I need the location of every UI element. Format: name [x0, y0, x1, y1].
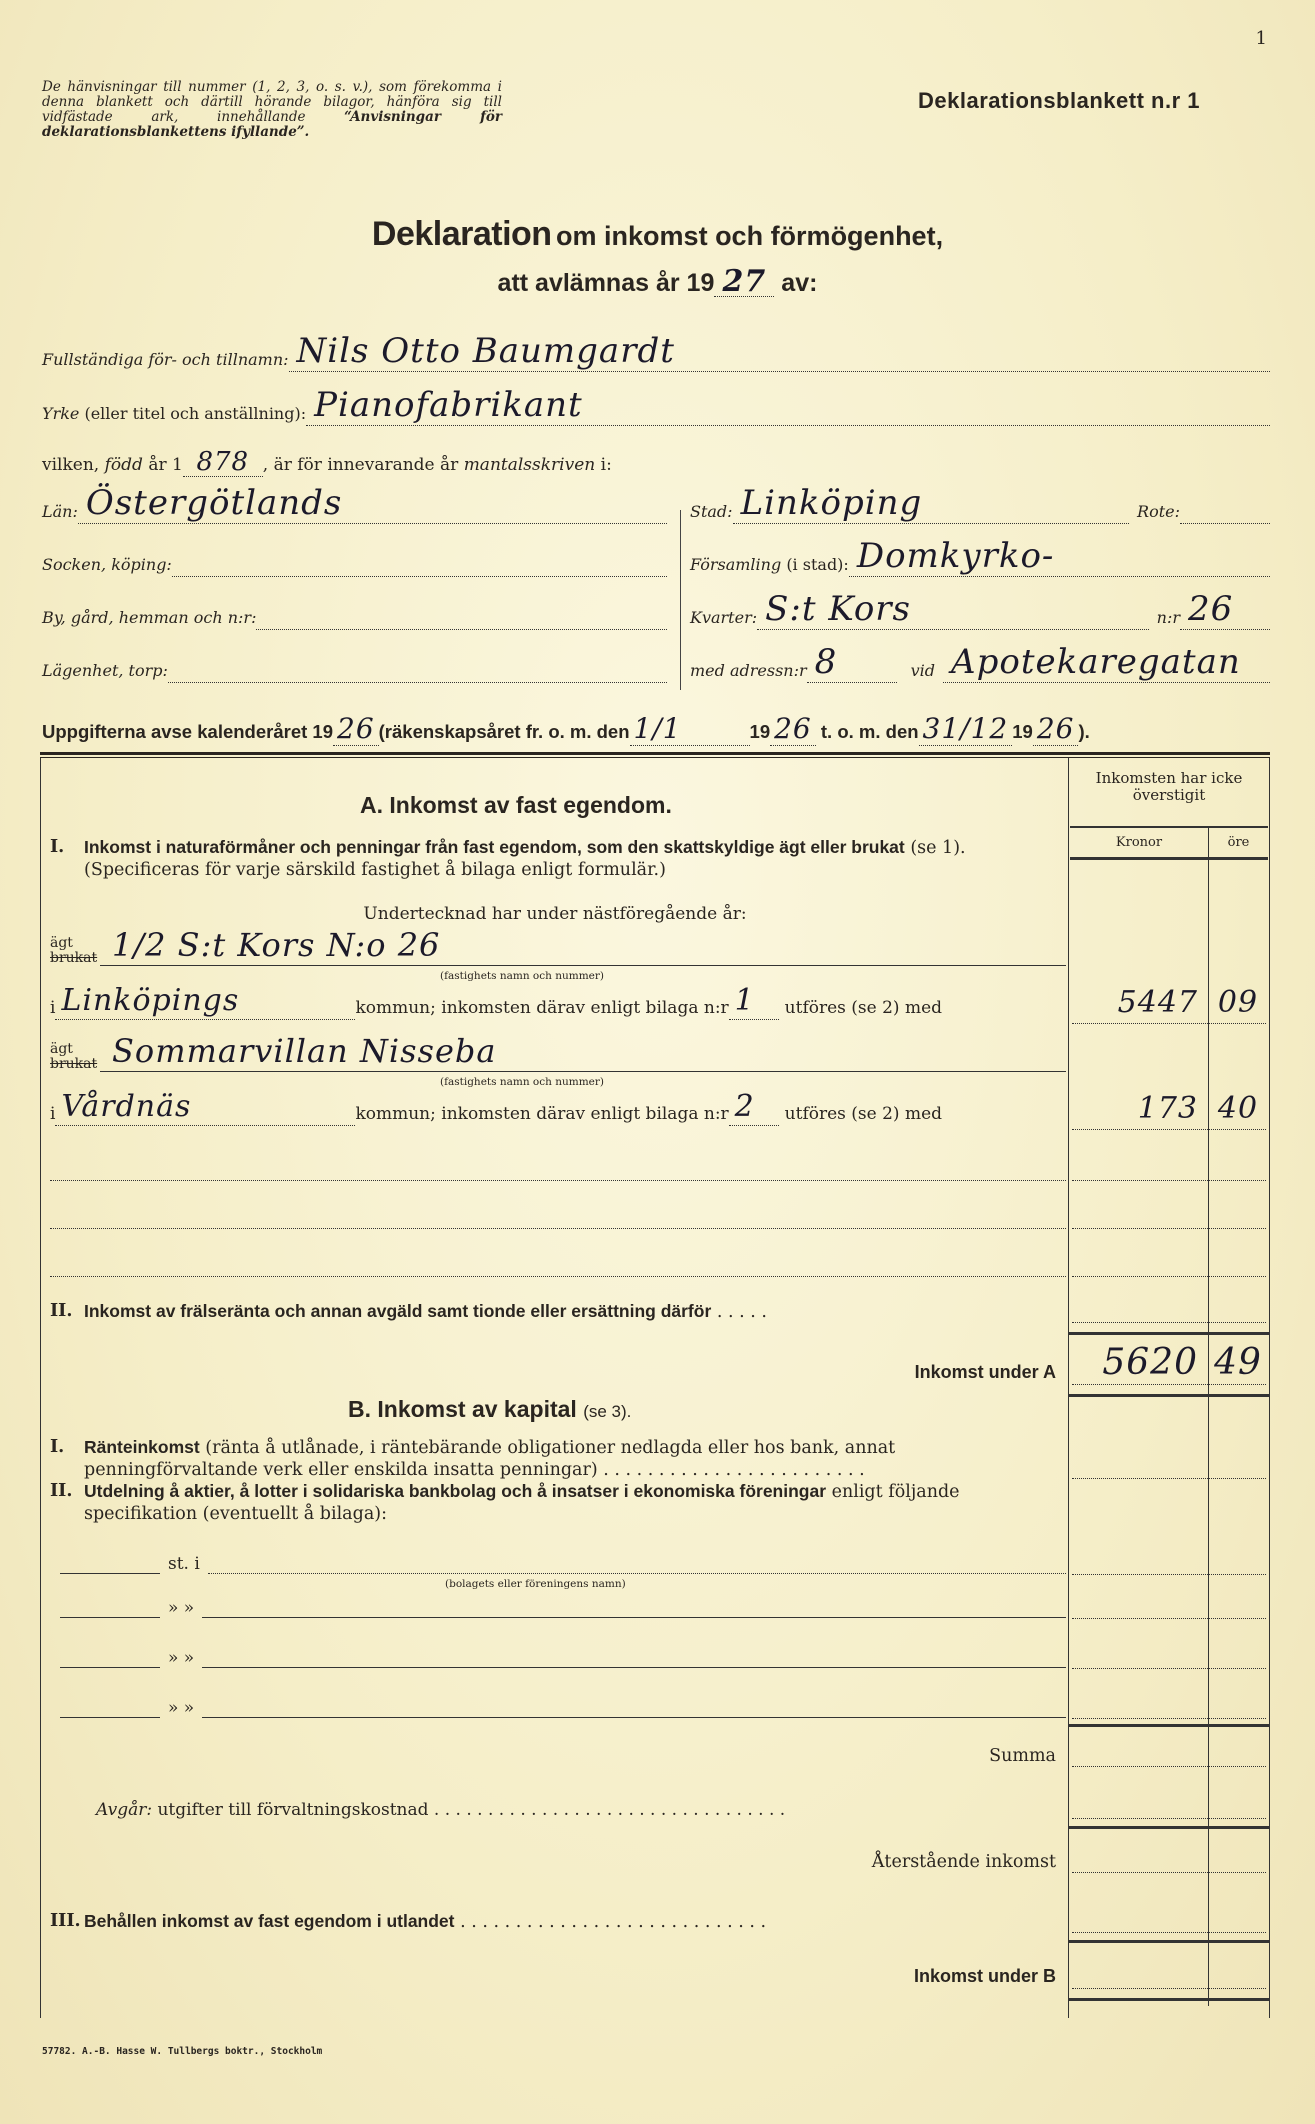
form-number: Deklarationsblankett n.r 1 [918, 88, 1200, 114]
ore-value[interactable]: 09 [1208, 986, 1268, 1020]
inkomst-under-a-amount: 5620 49 [1070, 1346, 1268, 1380]
company-name-field[interactable] [208, 1552, 1066, 1574]
empty-row-line[interactable] [50, 1276, 1066, 1277]
property-amount: 5447 09 [1070, 986, 1268, 1020]
period-to-field[interactable]: 31/12 [919, 712, 1013, 746]
period-to-year-field[interactable]: 26 [1033, 712, 1079, 746]
title-rest: om inkomst och förmögenhet, [556, 221, 943, 251]
kronor-value[interactable]: 5447 [1070, 986, 1208, 1020]
summa-field[interactable] [1072, 1766, 1266, 1767]
undertecknad-text: Undertecknad har under nästföregående år… [50, 904, 1060, 924]
section-b-item-1: I. Ränteinkomst (ränta å utlånade, i rän… [50, 1436, 1060, 1481]
section-a-item-2: II. Inkomst av frälseränta och annan avg… [50, 1300, 1060, 1323]
inkomst-under-a-label: Inkomst under A [700, 1362, 1056, 1383]
dividend-row: » » [60, 1596, 1066, 1618]
period-from-year-field[interactable]: 26 [770, 712, 816, 746]
total-a-ore[interactable]: 49 [1208, 1346, 1268, 1380]
forsamling-field[interactable]: Domkyrko- [849, 543, 1270, 577]
name-field[interactable]: Nils Otto Baumgardt [289, 338, 1270, 372]
empty-row-line[interactable] [50, 1180, 1066, 1181]
period-line: Uppgifterna avse kalenderåret 1926(räken… [42, 712, 1090, 746]
property-row: ägtbrukat Sommarvillan Nisseba [50, 1036, 1066, 1072]
dividend-row: st. i [60, 1552, 1066, 1574]
lan-field[interactable]: Östergötlands [78, 490, 667, 524]
lagenhet-row: Lägenhet, torp: [42, 649, 667, 683]
subtitle-suffix: av: [781, 269, 817, 297]
kommun-row: i Vårdnäs kommun; inkomsten därav enligt… [50, 1096, 1060, 1126]
occupation-label: Yrke (eller titel och anställning): [42, 404, 306, 426]
rote-field[interactable] [1180, 490, 1270, 524]
stad-field[interactable]: Linköping [733, 490, 1129, 524]
kommun-row: i Linköpings kommun; inkomsten därav enl… [50, 990, 1060, 1020]
submission-year-field[interactable]: 27 [714, 268, 774, 297]
dividend-row: » » [60, 1696, 1066, 1718]
kvarter-number-field[interactable]: 26 [1180, 596, 1270, 630]
share-count-field[interactable] [60, 1696, 160, 1718]
amount-column-header: Inkomsten har icke överstigit [1070, 770, 1268, 804]
name-row: Fullständiga för- och tillnamn: Nils Ott… [42, 338, 1270, 372]
amount-column-border [1068, 758, 1069, 2018]
page-title: Deklaration om inkomst och förmögenhet, [0, 215, 1315, 254]
property-name-field[interactable]: 1/2 S:t Kors N:o 26 [100, 930, 1066, 966]
property-caption: (fastighets namn och nummer) [440, 970, 604, 982]
kvarter-field[interactable]: S:t Kors [757, 596, 1149, 630]
socken-field[interactable] [172, 543, 667, 577]
name-label: Fullständiga för- och tillnamn: [42, 350, 289, 372]
address-number-field[interactable]: 8 [807, 649, 897, 683]
utlandet-field[interactable] [1072, 1932, 1266, 1933]
birth-year-field[interactable]: 878 [183, 448, 263, 477]
section-b-item-3: III. Behållen inkomst av fast egendom i … [50, 1910, 1060, 1933]
calendar-year-field[interactable]: 26 [333, 712, 379, 746]
kronor-value[interactable]: 173 [1070, 1092, 1208, 1126]
company-caption: (bolagets eller föreningens namn) [445, 1578, 626, 1590]
section-b-item-2: II. Utdelning å aktier, å lotter i solid… [50, 1480, 1060, 1525]
share-count-field[interactable] [60, 1552, 160, 1574]
vertical-divider [680, 510, 681, 690]
inkomst-under-b-label: Inkomst under B [700, 1966, 1056, 1987]
share-count-field[interactable] [60, 1596, 160, 1618]
kommun-field[interactable]: Vårdnäs [55, 1096, 355, 1126]
printer-imprint: 57782. A.-B. Hasse W. Tullbergs boktr., … [42, 2046, 322, 2057]
ore-header: öre [1208, 828, 1268, 857]
page-subtitle: att avlämnas år 1927 av: [0, 268, 1315, 298]
company-name-field[interactable] [202, 1696, 1066, 1718]
inkomst-under-b-field[interactable] [1072, 1988, 1266, 1989]
period-from-field[interactable]: 1/1 [630, 712, 750, 746]
summa-label: Summa [700, 1746, 1056, 1766]
by-field[interactable] [256, 596, 667, 630]
company-name-field[interactable] [202, 1646, 1066, 1668]
kommun-field[interactable]: Linköpings [55, 990, 355, 1020]
section-a-item-1: I. Inkomst i naturaförmåner och penninga… [50, 836, 1060, 881]
page-number: 1 [1256, 28, 1267, 49]
property-caption: (fastighets namn och nummer) [440, 1076, 604, 1088]
kvarter-row: Kvarter: S:t Kors n:r 26 [690, 596, 1270, 630]
bilaga-field[interactable]: 2 [729, 1096, 779, 1126]
aterstaende-label: Återstående inkomst [700, 1852, 1056, 1872]
instructions-note: De hänvisningar till nummer (1, 2, 3, o.… [42, 80, 502, 140]
company-name-field[interactable] [202, 1596, 1066, 1618]
kronor-header: Kronor [1070, 828, 1208, 857]
street-field[interactable]: Apotekaregatan [943, 649, 1270, 683]
empty-row-line[interactable] [50, 1228, 1066, 1229]
stad-row: Stad: Linköping Rote: [690, 490, 1270, 524]
share-count-field[interactable] [60, 1646, 160, 1668]
section-a-heading: A. Inkomst av fast egendom. [360, 792, 672, 819]
bilaga-field[interactable]: 1 [729, 990, 779, 1020]
property-row: ägtbrukat 1/2 S:t Kors N:o 26 [50, 930, 1066, 966]
property-amount: 173 40 [1070, 1092, 1268, 1126]
dividend-row: » » [60, 1646, 1066, 1668]
lagenhet-field[interactable] [168, 649, 667, 683]
amount-subheader: Kronor öre [1070, 826, 1268, 860]
avgar-row: Avgår: utgifter till förvaltningskostnad… [96, 1800, 785, 1820]
aterstaende-field[interactable] [1072, 1872, 1266, 1873]
by-row: By, gård, hemman och n:r: [42, 596, 667, 630]
address-row: med adressn:r 8 vid Apotekaregatan [690, 649, 1270, 683]
avgar-field[interactable] [1072, 1818, 1266, 1819]
section-b-heading: B. Inkomst av kapital (se 3). [348, 1396, 631, 1423]
occupation-row: Yrke (eller titel och anställning): Pian… [42, 392, 1270, 426]
socken-row: Socken, köping: [42, 543, 667, 577]
occupation-field[interactable]: Pianofabrikant [306, 392, 1270, 426]
property-name-field[interactable]: Sommarvillan Nisseba [100, 1036, 1066, 1072]
total-a-kronor[interactable]: 5620 [1070, 1346, 1208, 1380]
lan-row: Län: Östergötlands [42, 490, 667, 524]
ore-value[interactable]: 40 [1208, 1092, 1268, 1126]
subtitle-prefix: att avlämnas år 19 [498, 269, 715, 297]
forsamling-row: Församling (i stad): Domkyrko- [690, 543, 1270, 577]
birth-row: vilken, född år 1878, är för innevarande… [42, 448, 612, 477]
title-main: Deklaration [372, 215, 552, 253]
